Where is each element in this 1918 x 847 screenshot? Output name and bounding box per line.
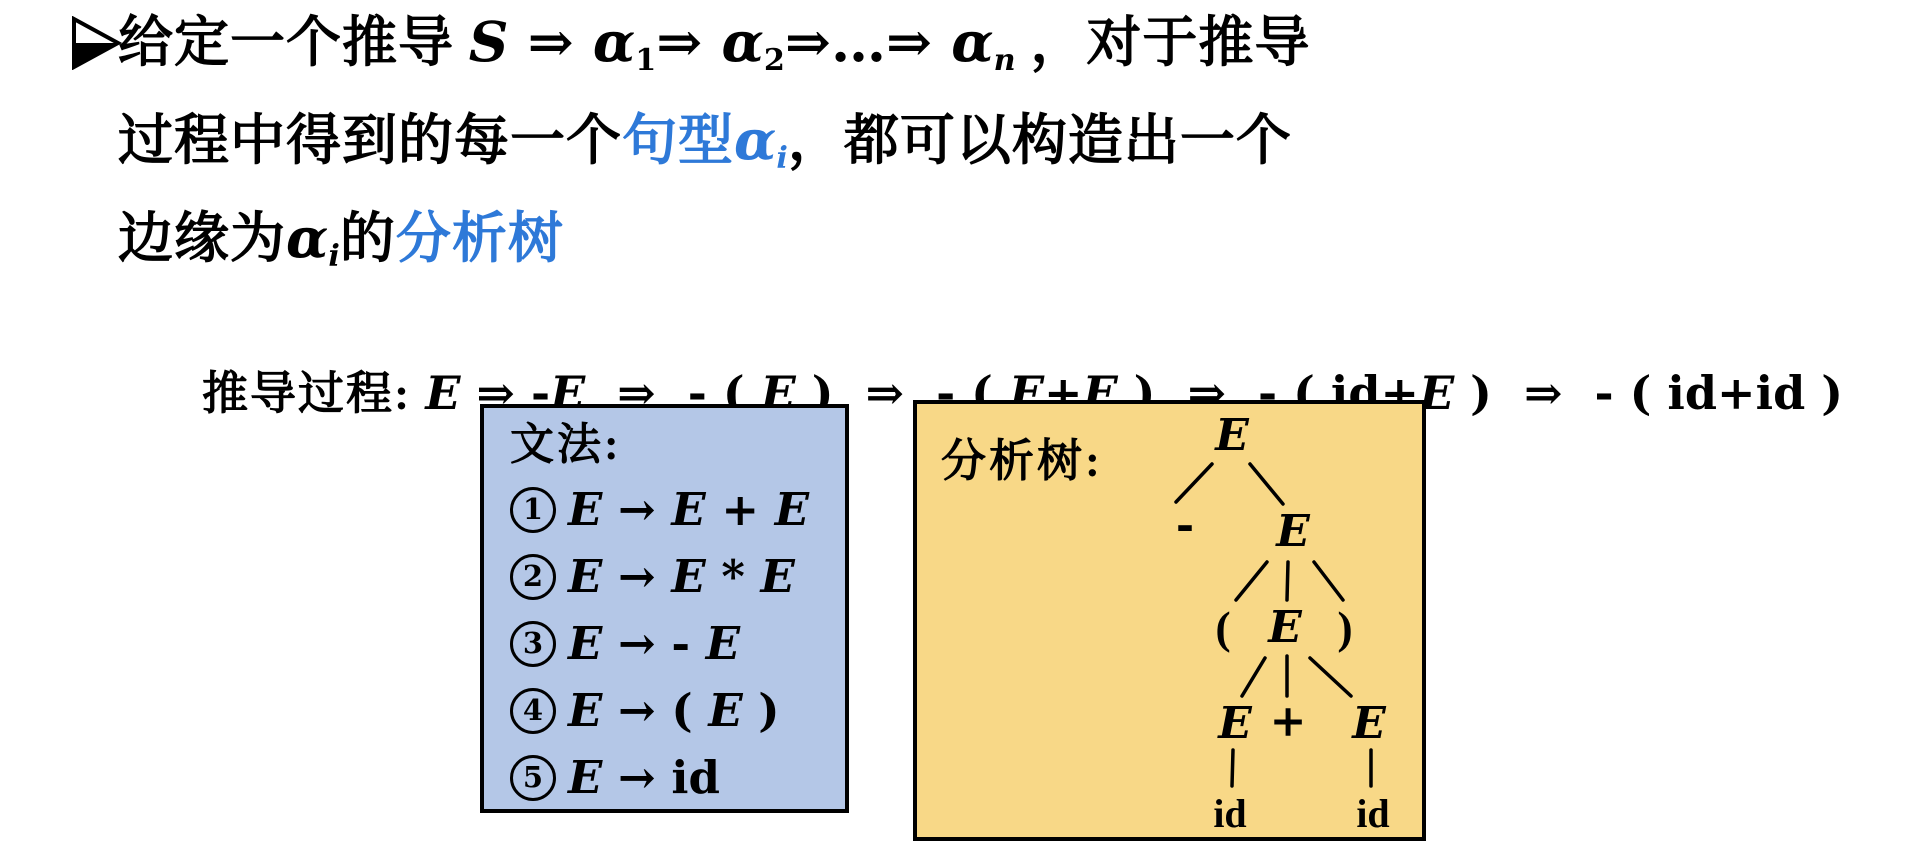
tree-node-lparen: ( (1215, 605, 1230, 651)
rule-text: E → ( E ) (568, 684, 780, 737)
grammar-rule-4: 4E → ( E ) (510, 677, 845, 744)
tree-edge (1287, 562, 1288, 600)
grammar-rule-2: 2E → E * E (510, 543, 845, 610)
slide: 给定一个推导 S ⇒ α1⇒ α2⇒…⇒ αn ，对于推导 过程中得到的每一个句… (0, 0, 1918, 847)
tree-node-E: E (1268, 606, 1302, 650)
grammar-rule-5: 5E → id (510, 744, 845, 811)
rule-text: E → - E (568, 617, 740, 670)
rule-number-badge: 4 (510, 688, 556, 734)
rule-number-badge: 5 (510, 755, 556, 801)
tree-edge (1310, 658, 1351, 696)
tree-node-id: id (1213, 794, 1246, 834)
heading-line-2: 过程中得到的每一个句型αi，都可以构造出一个 (118, 100, 1878, 198)
tree-node-id: id (1356, 794, 1389, 834)
grammar-rule-3: 3E → - E (510, 610, 845, 677)
list-bullet-icon (70, 16, 124, 70)
right-arrowhead-icon (70, 16, 124, 70)
parse-tree-box: 分析树: E - E ( E ) E + E id id (913, 400, 1426, 841)
rule-number-badge: 2 (510, 554, 556, 600)
tree-node-E: E (1276, 510, 1310, 554)
heading-line-1: 给定一个推导 S ⇒ α1⇒ α2⇒…⇒ αn ，对于推导 (118, 2, 1878, 100)
tree-node-minus: - (1176, 504, 1194, 548)
tree-edge (1176, 464, 1212, 502)
tree-edge (1242, 658, 1265, 696)
rule-text: E → E * E (568, 550, 795, 603)
grammar-rule-1: 1E → E + E (510, 476, 845, 543)
tree-node-E: E (1218, 702, 1252, 746)
rule-text: E → E + E (568, 483, 809, 536)
tree-edge (1314, 562, 1343, 600)
grammar-box: 文法: 1E → E + E 2E → E * E 3E → - E 4E → … (480, 404, 849, 813)
tree-edge (1236, 562, 1267, 600)
tree-node-rparen: ) (1337, 605, 1352, 651)
derivation-label: 推导过程: (202, 368, 411, 419)
heading-line-3: 边缘为αi的分析树 (118, 198, 1878, 296)
tree-node-plus: + (1270, 700, 1307, 744)
rule-text: E → id (568, 751, 720, 804)
rule-number-badge: 3 (510, 621, 556, 667)
tree-node-root-E: E (1215, 414, 1249, 458)
rule-number-badge: 1 (510, 487, 556, 533)
tree-edge (1232, 750, 1233, 786)
grammar-box-label: 文法: (510, 414, 845, 476)
tree-node-E: E (1352, 702, 1386, 746)
tree-edge (1250, 464, 1283, 504)
heading-paragraph: 给定一个推导 S ⇒ α1⇒ α2⇒…⇒ αn ，对于推导 过程中得到的每一个句… (118, 2, 1878, 296)
